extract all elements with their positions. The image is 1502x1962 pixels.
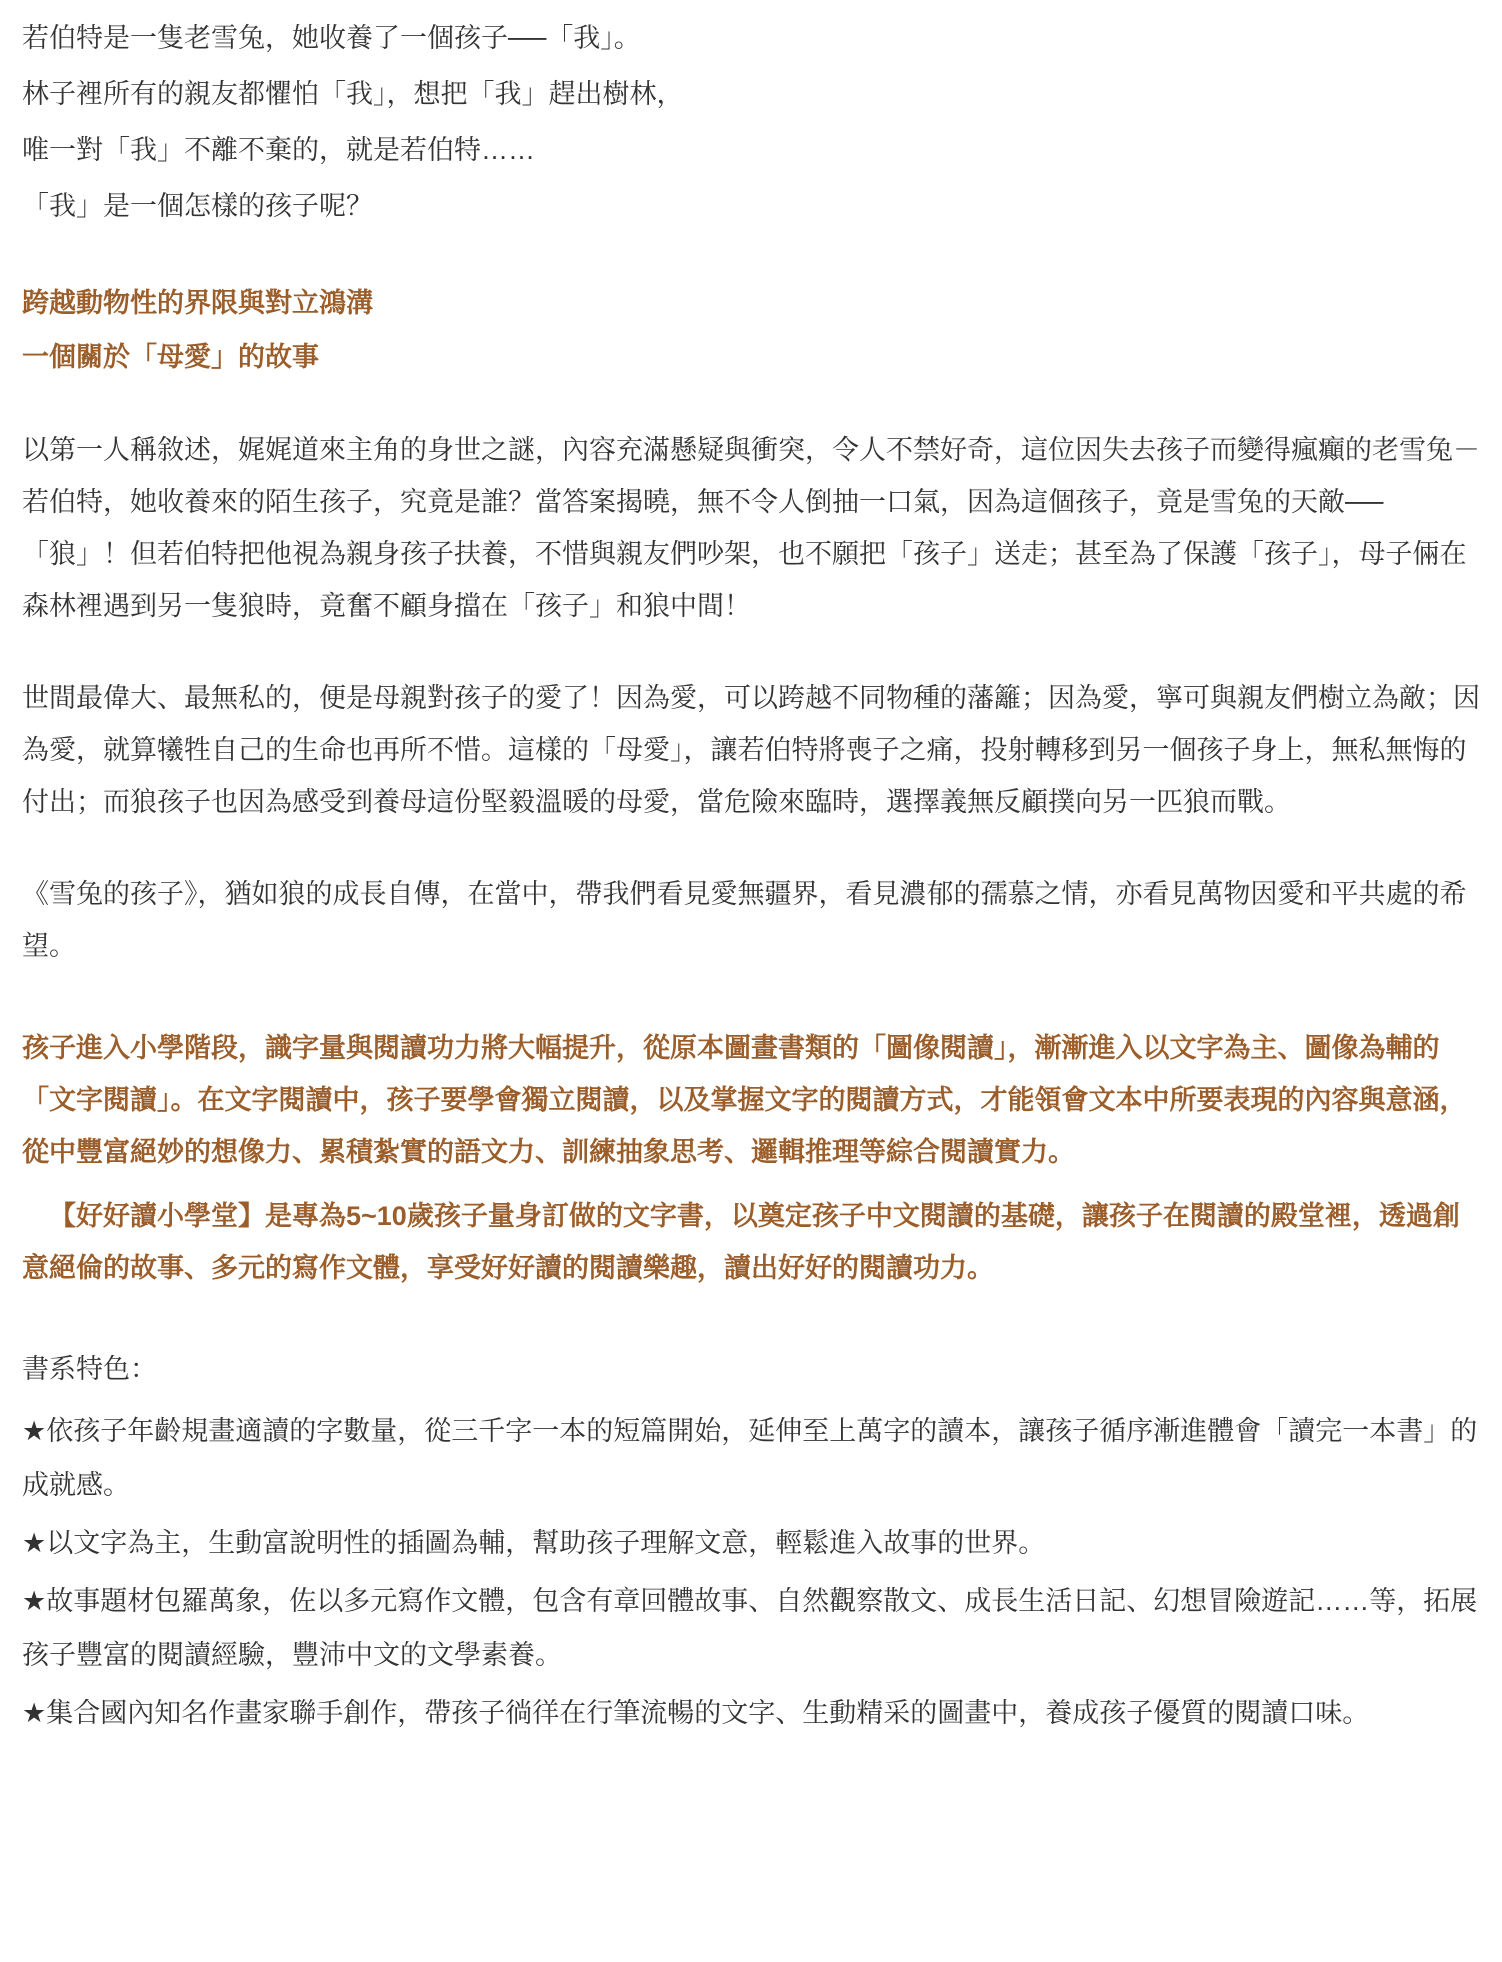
feature-item-3: ★故事題材包羅萬象，佐以多元寫作文體，包含有章回體故事、自然觀察散文、成長生活日… <box>22 1574 1480 1682</box>
teaser-line-1: 若伯特是一隻老雪兔，她收養了一個孩子──「我」。 <box>22 10 1480 66</box>
book-teaser-block: 若伯特是一隻老雪兔，她收養了一個孩子──「我」。 林子裡所有的親友都懼怕「我」，… <box>22 10 1480 234</box>
teaser-line-3: 唯一對「我」不離不棄的，就是若伯特…… <box>22 122 1480 178</box>
series-pitch-block: 孩子進入小學階段，識字量與閱讀功力將大幅提升，從原本圖畫書類的「圖像閱讀」，漸漸… <box>22 1022 1480 1294</box>
story-paragraph-2: 世間最偉大、最無私的，便是母親對孩子的愛了！因為愛，可以跨越不同物種的藩籬；因為… <box>22 672 1480 828</box>
feature-item-2: ★以文字為主，生動富說明性的插圖為輔，幫助孩子理解文意，輕鬆進入故事的世界。 <box>22 1516 1480 1570</box>
book-description-page: 若伯特是一隻老雪兔，她收養了一個孩子──「我」。 林子裡所有的親友都懼怕「我」，… <box>0 0 1502 1780</box>
feature-item-1: ★依孩子年齡規畫適讀的字數量，從三千字一本的短篇開始，延伸至上萬字的讀本，讓孩子… <box>22 1404 1480 1512</box>
series-pitch-paragraph-2: 【好好讀小學堂】是專為5~10歲孩子量身訂做的文字書，以奠定孩子中文閱讀的基礎，… <box>22 1190 1480 1294</box>
series-features-block: 書系特色： ★依孩子年齡規畫適讀的字數量，從三千字一本的短篇開始，延伸至上萬字的… <box>22 1342 1480 1740</box>
story-paragraph-3: 《雪兔的孩子》，猶如狼的成長自傳，在當中，帶我們看見愛無疆界，看見濃郁的孺慕之情… <box>22 868 1480 972</box>
section-headings: 跨越動物性的界限與對立鴻溝 一個關於「母愛」的故事 <box>22 276 1480 384</box>
story-paragraph-1: 以第一人稱敘述，娓娓道來主角的身世之謎，內容充滿懸疑與衝突，令人不禁好奇，這位因… <box>22 424 1480 632</box>
feature-item-4: ★集合國內知名作畫家聯手創作，帶孩子徜徉在行筆流暢的文字、生動精采的圖畫中，養成… <box>22 1686 1480 1740</box>
teaser-line-2: 林子裡所有的親友都懼怕「我」，想把「我」趕出樹林， <box>22 66 1480 122</box>
heading-line-1: 跨越動物性的界限與對立鴻溝 <box>22 276 1480 330</box>
story-review-block: 以第一人稱敘述，娓娓道來主角的身世之謎，內容充滿懸疑與衝突，令人不禁好奇，這位因… <box>22 424 1480 972</box>
features-label: 書系特色： <box>22 1342 1480 1396</box>
heading-line-2: 一個關於「母愛」的故事 <box>22 330 1480 384</box>
teaser-line-4: 「我」是一個怎樣的孩子呢？ <box>22 178 1480 234</box>
series-pitch-paragraph-1: 孩子進入小學階段，識字量與閱讀功力將大幅提升，從原本圖畫書類的「圖像閱讀」，漸漸… <box>22 1022 1480 1178</box>
